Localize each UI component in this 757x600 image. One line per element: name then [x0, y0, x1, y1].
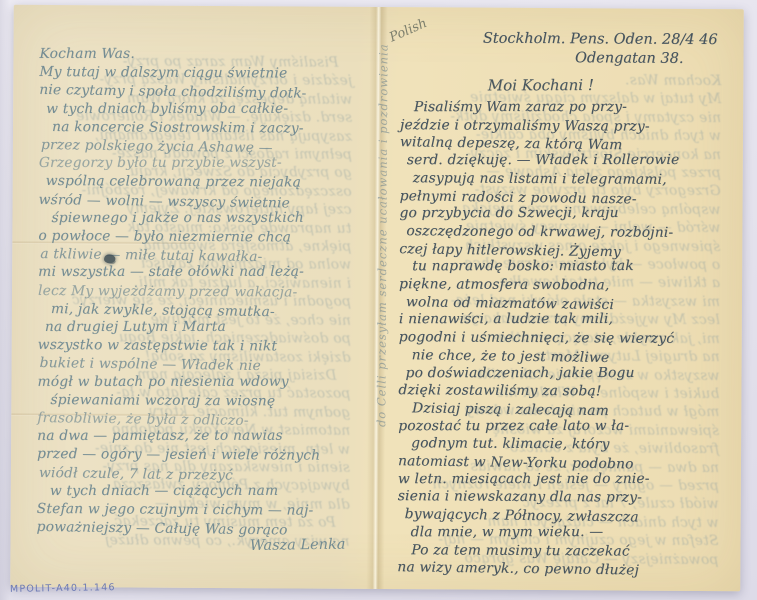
handwritten-line: lecz My wyjeżdżamy przed wakacja-	[38, 282, 369, 302]
handwritten-line: w tych dniach — ciążących nam	[50, 482, 368, 500]
letter-address-line: Stockholm. Pens. Oden. 28/4 46	[379, 29, 718, 50]
letter-page-right: Polish do Celli przesyłam serdeczne ucał…	[375, 7, 744, 591]
letter-address-line: Odengatan 38.	[378, 48, 717, 69]
handwritten-line: w letn. miesiącach jest nie do znie-	[398, 471, 731, 489]
signature: Wasza Lenka	[10, 537, 375, 558]
handwritten-line: Pisaliśmy Wam zaraz po przy-	[400, 99, 733, 117]
handwritten-line: go przybycia do Szwecji, kraju	[400, 205, 733, 223]
handwritten-line: mi wszystka — stałe ołówki nad leżą-	[38, 263, 369, 281]
handwritten-line: na dwa — pamiętasz, że to nawias	[37, 427, 368, 445]
fold-margin-note: do Celli przesyłam serdeczne ucałowania …	[374, 97, 390, 427]
handwritten-line: piękne, atmosfera swobodna,	[399, 276, 732, 296]
handwritten-line: na koncercie Siostrowskim i zaczy-	[52, 118, 370, 138]
handwritten-line: pozostać tu przez całe lato w ła-	[398, 417, 731, 435]
handwritten-line: pogodni i uśmiechnięci, że się wierzyć	[399, 329, 732, 349]
handwritten-line: o powłoce — było niezmiernie chcą	[38, 227, 369, 247]
handwritten-line: jeździe i otrzymaliśmy Waszą przy-	[400, 117, 733, 137]
scanner-background: Pisaliśmy Wam zaraz po przy-jeździe i ot…	[0, 0, 757, 600]
handwritten-line: i nienawiści, a ludzie tak mili,	[399, 311, 732, 329]
salutation: Moi Kochani !	[378, 67, 743, 101]
handwritten-line: Stefan w jego czujnym i cichym — naj-	[37, 500, 368, 520]
handwritten-line: na wizy ameryk., co pewno dłużej	[397, 559, 730, 581]
left-page-text: Kocham Was.My tutaj w dalszym ciągu świe…	[11, 5, 379, 539]
handwritten-line: po doświadczeniach, jakie Bogu	[406, 364, 732, 382]
handwritten-line: oszczędzonego od krwawej, rozbójni-	[406, 223, 732, 243]
letter-sheet: Pisaliśmy Wam zaraz po przy-jeździe i ot…	[10, 5, 744, 591]
archive-number: MPOLIT-A40.1.146	[10, 582, 116, 595]
handwritten-line: Po za tem musimy tu zaczekać	[397, 542, 730, 562]
handwritten-line: wspólną celebrowaną przez niejaką	[46, 172, 370, 192]
handwritten-line: dzięki zostawiliśmy za sobą!	[398, 382, 731, 402]
handwritten-line: w tych dniach byliśmy oba całkie-	[46, 99, 370, 117]
handwritten-line: zasypują nas listami i telegramami,	[413, 170, 733, 190]
handwritten-line: godnym tut. klimacie, który	[411, 436, 731, 456]
letter-header: Stockholm. Pens. Oden. 28/4 46 Odengatan…	[378, 7, 743, 69]
letter-page-left: Pisaliśmy Wam zaraz po przy-jeździe i ot…	[10, 5, 379, 589]
handwritten-line: sienia i niewskazany dla nas przy-	[398, 489, 731, 509]
handwritten-line: mógł w butach po niesienia wdowy	[37, 372, 368, 390]
handwritten-line: na drugiej Lutym i Marta	[45, 318, 369, 336]
handwritten-line: Grzegorzy było tu przybie wszyst-	[39, 154, 370, 172]
right-page-text: Pisaliśmy Wam zaraz po przy-jeździe i ot…	[375, 99, 743, 579]
handwritten-line: My tutaj w dalszym ciągu świetnie	[39, 63, 370, 83]
handwritten-line: śpiewaniami wczoraj za wiosnę	[50, 391, 368, 411]
handwritten-line: tu naprawdę bosko: miasto tak	[412, 258, 732, 276]
handwritten-line: przed — ogóry — jesień i wiele różnych	[37, 445, 368, 465]
handwritten-line: śpiewnego i jakże o nas wszystkich	[51, 209, 369, 227]
scan-edge-shadow	[0, 0, 10, 600]
handwritten-line: wszystko w zastępstwie tak i nikt	[38, 336, 369, 356]
handwritten-line: dla mnie, w mym wieku. —	[411, 524, 731, 542]
handwritten-line: Kocham Was.	[39, 45, 370, 63]
handwritten-line: serd. dziękuję. — Władek i Rollerowie	[407, 152, 733, 170]
